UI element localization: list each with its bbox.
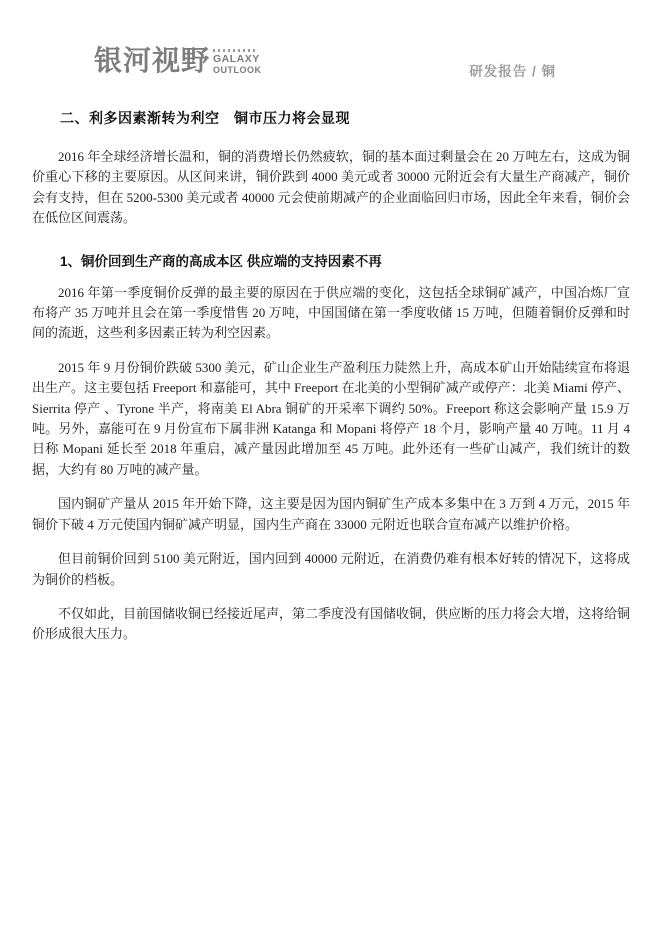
- paragraph-price-cap: 但目前铜价回到 5100 美元附近，国内回到 40000 元附近，在消费仍难有根…: [32, 549, 630, 590]
- paragraph-mine-cuts: 2015 年 9 月份铜价跌破 5300 美元，矿山企业生产盈利压力陡然上升，高…: [32, 358, 630, 480]
- logo-outlook-text: OUTLOOK: [213, 65, 262, 75]
- paragraph-domestic-output: 国内铜矿产量从 2015 年开始下降，这主要是因为国内铜矿生产成本多集中在 3 …: [32, 494, 630, 535]
- paragraph-reserve-buying: 不仅如此，目前国储收铜已经接近尾声，第二季度没有国储收铜，供应断的压力将会大增，…: [32, 604, 630, 645]
- section-heading: 二、利多因素渐转为利空 铜市压力将会显现: [60, 108, 630, 128]
- page-header: 银河视野 GALAXY OUTLOOK 研发报告 / 铜: [0, 44, 662, 86]
- logo-chinese-text: 银河视野: [94, 46, 210, 76]
- logo-dots-icon: [213, 49, 255, 52]
- logo-galaxy-text: GALAXY: [213, 54, 262, 65]
- paragraph-overview: 2016 年全球经济增长温和，铜的消费增长仍然疲软，铜的基本面过剩量会在 20 …: [32, 147, 630, 229]
- paragraph-q1-rebound: 2016 年第一季度铜价反弹的最主要的原因在于供应端的变化，这包括全球铜矿减产，…: [32, 283, 630, 344]
- report-page: 银河视野 GALAXY OUTLOOK 研发报告 / 铜 二、利多因素渐转为利空…: [0, 0, 662, 936]
- sub-heading-supply: 1、铜价回到生产商的高成本区 供应端的支持因素不再: [60, 250, 630, 270]
- report-type-label: 研发报告 / 铜: [469, 60, 556, 80]
- report-body: 二、利多因素渐转为利空 铜市压力将会显现 2016 年全球经济增长温和，铜的消费…: [32, 100, 630, 645]
- logo-english-block: GALAXY OUTLOOK: [213, 49, 262, 76]
- galaxy-outlook-logo: 银河视野 GALAXY OUTLOOK: [94, 46, 262, 76]
